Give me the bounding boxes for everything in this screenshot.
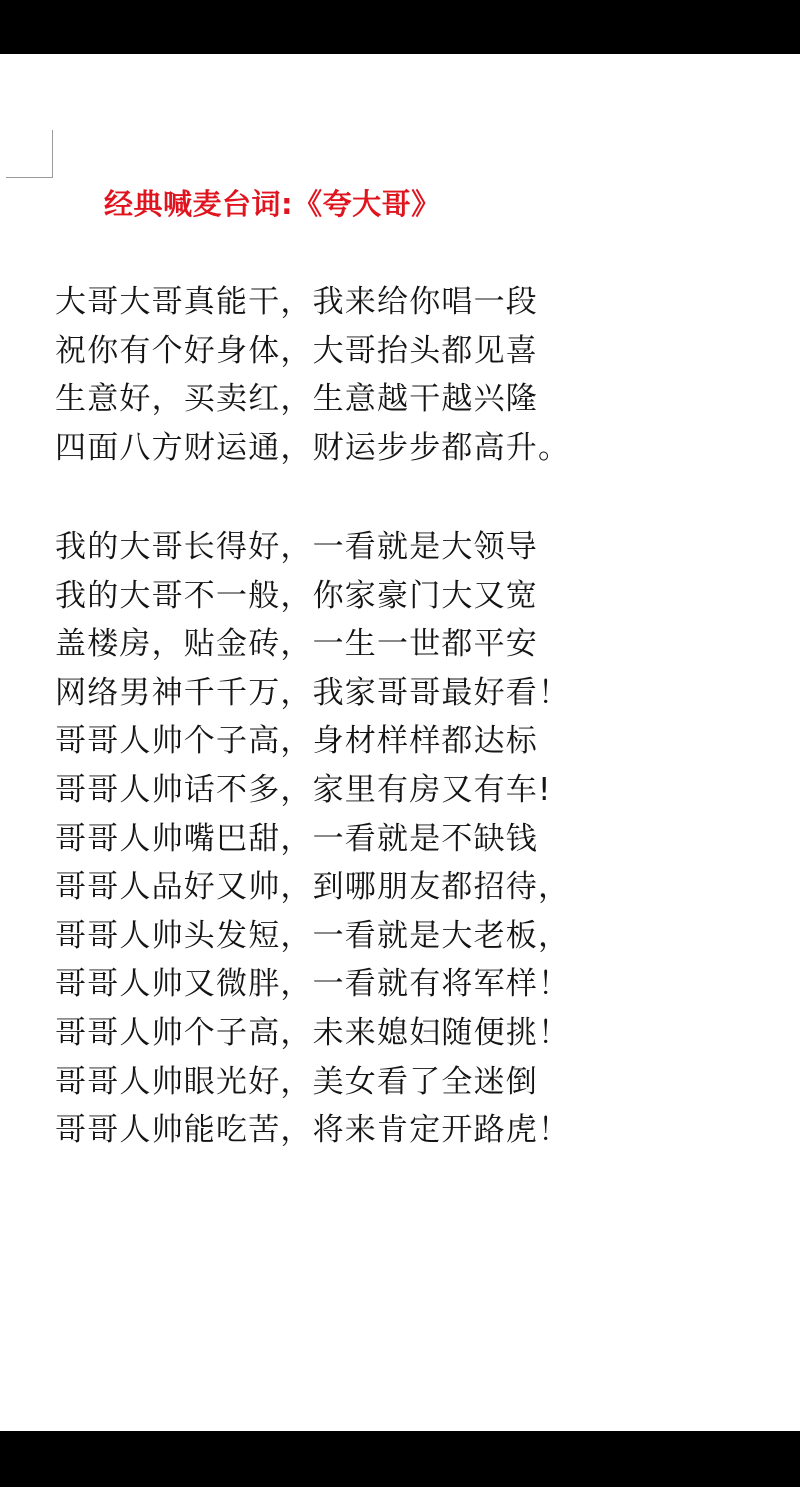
text-line: 哥哥人帅能吃苦，将来肯定开路虎！ bbox=[55, 1106, 570, 1155]
text-line: 祝你有个好身体，大哥抬头都见喜 bbox=[55, 327, 570, 376]
text-line: 哥哥人帅眼光好，美女看了全迷倒 bbox=[55, 1058, 570, 1107]
stanza-2: 我的大哥长得好，一看就是大领导 我的大哥不一般，你家豪门大又宽 盖楼房，贴金砖，… bbox=[55, 523, 570, 1155]
text-line: 哥哥人帅个子高，未来媳妇随便挑！ bbox=[55, 1009, 570, 1058]
text-line: 哥哥人帅又微胖，一看就有将军样！ bbox=[55, 960, 570, 1009]
text-line: 大哥大哥真能干，我来给你唱一段 bbox=[55, 278, 570, 327]
text-line: 盖楼房，贴金砖，一生一世都平安 bbox=[55, 620, 570, 669]
text-line: 哥哥人帅头发短，一看就是大老板， bbox=[55, 912, 570, 961]
top-black-bar bbox=[0, 0, 800, 54]
text-line: 哥哥人帅话不多，家里有房又有车! bbox=[55, 766, 570, 815]
document-title: 经典喊麦台词:《夸大哥》 bbox=[104, 182, 441, 223]
stanza-1: 大哥大哥真能干，我来给你唱一段 祝你有个好身体，大哥抬头都见喜 生意好，买卖红，… bbox=[55, 278, 570, 472]
text-line: 网络男神千千万，我家哥哥最好看！ bbox=[55, 669, 570, 718]
text-line: 我的大哥不一般，你家豪门大又宽 bbox=[55, 572, 570, 621]
page-margin-corner-mark bbox=[6, 130, 53, 178]
text-line: 哥哥人品好又帅，到哪朋友都招待， bbox=[55, 863, 570, 912]
text-line: 四面八方财运通，财运步步都高升。 bbox=[55, 424, 570, 473]
text-line: 哥哥人帅嘴巴甜，一看就是不缺钱 bbox=[55, 815, 570, 864]
text-line: 哥哥人帅个子高，身材样样都达标 bbox=[55, 717, 570, 766]
text-line: 生意好，买卖红，生意越干越兴隆 bbox=[55, 375, 570, 424]
bottom-black-bar bbox=[0, 1431, 800, 1487]
text-line: 我的大哥长得好，一看就是大领导 bbox=[55, 523, 570, 572]
